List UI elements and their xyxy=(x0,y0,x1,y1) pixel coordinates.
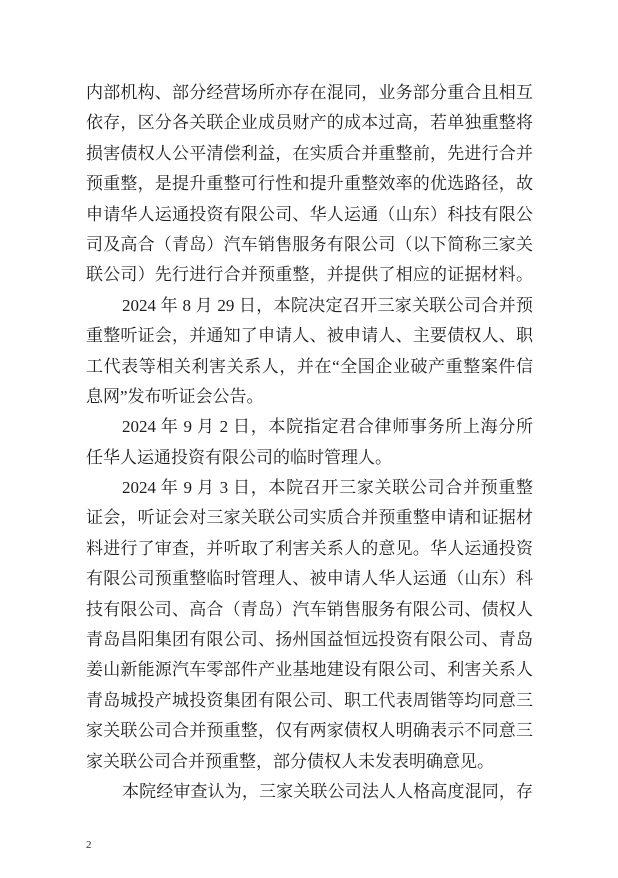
text-line: 技有限公司、高合（青岛）汽车销售服务有限公司、债权人 xyxy=(86,595,533,625)
document-page: 内部机构、部分经营场所亦存在混同，业务部分重合且相互依存，区分各关联企业成员财产… xyxy=(0,0,618,878)
text-line: 2024 年 8 月 29 日，本院决定召开三家关联公司合并预 xyxy=(86,291,533,321)
text-line: 任华人运通投资有限公司的临时管理人。 xyxy=(86,443,533,473)
text-block: 内部机构、部分经营场所亦存在混同，业务部分重合且相互依存，区分各关联企业成员财产… xyxy=(86,78,533,807)
text-line: 有限公司预重整临时管理人、被申请人华人运通（山东）科 xyxy=(86,564,533,594)
text-line: 内部机构、部分经营场所亦存在混同，业务部分重合且相互 xyxy=(86,78,533,108)
text-line: 本院经审查认为，三家关联公司法人人格高度混同，存 xyxy=(86,777,533,807)
text-line: 工代表等相关利害关系人，并在“全国企业破产重整案件信 xyxy=(86,352,533,382)
text-line: 损害债权人公平清偿利益，在实质合并重整前，先进行合并 xyxy=(86,139,533,169)
text-line: 青岛昌阳集团有限公司、扬州国益恒远投资有限公司、青岛 xyxy=(86,625,533,655)
text-line: 2024 年 9 月 3 日，本院召开三家关联公司合并预重整听 xyxy=(86,473,533,503)
text-line: 姜山新能源汽车零部件产业基地建设有限公司、利害关系人 xyxy=(86,655,533,685)
text-line: 申请华人运通投资有限公司、华人运通（山东）科技有限公 xyxy=(86,200,533,230)
page-number: 2 xyxy=(86,838,92,852)
text-line: 预重整，是提升重整可行性和提升重整效率的优选路径，故 xyxy=(86,169,533,199)
text-line: 料进行了审查，并听取了利害关系人的意见。华人运通投资 xyxy=(86,534,533,564)
text-line: 家关联公司合并预重整，部分债权人未发表明确意见。 xyxy=(86,747,533,777)
text-line: 证会，听证会对三家关联公司实质合并预重整申请和证据材 xyxy=(86,503,533,533)
text-line: 联公司）先行进行合并预重整，并提供了相应的证据材料。 xyxy=(86,260,533,290)
text-line: 重整听证会，并通知了申请人、被申请人、主要债权人、职 xyxy=(86,321,533,351)
text-line: 司及高合（青岛）汽车销售服务有限公司（以下简称三家关 xyxy=(86,230,533,260)
text-line: 2024 年 9 月 2 日，本院指定君合律师事务所上海分所担 xyxy=(86,412,533,442)
text-line: 依存，区分各关联企业成员财产的成本过高，若单独重整将 xyxy=(86,108,533,138)
text-line: 息网”发布听证会公告。 xyxy=(86,382,533,412)
text-line: 家关联公司合并预重整，仅有两家债权人明确表示不同意三 xyxy=(86,716,533,746)
text-line: 青岛城投产城投资集团有限公司、职工代表周锴等均同意三 xyxy=(86,686,533,716)
